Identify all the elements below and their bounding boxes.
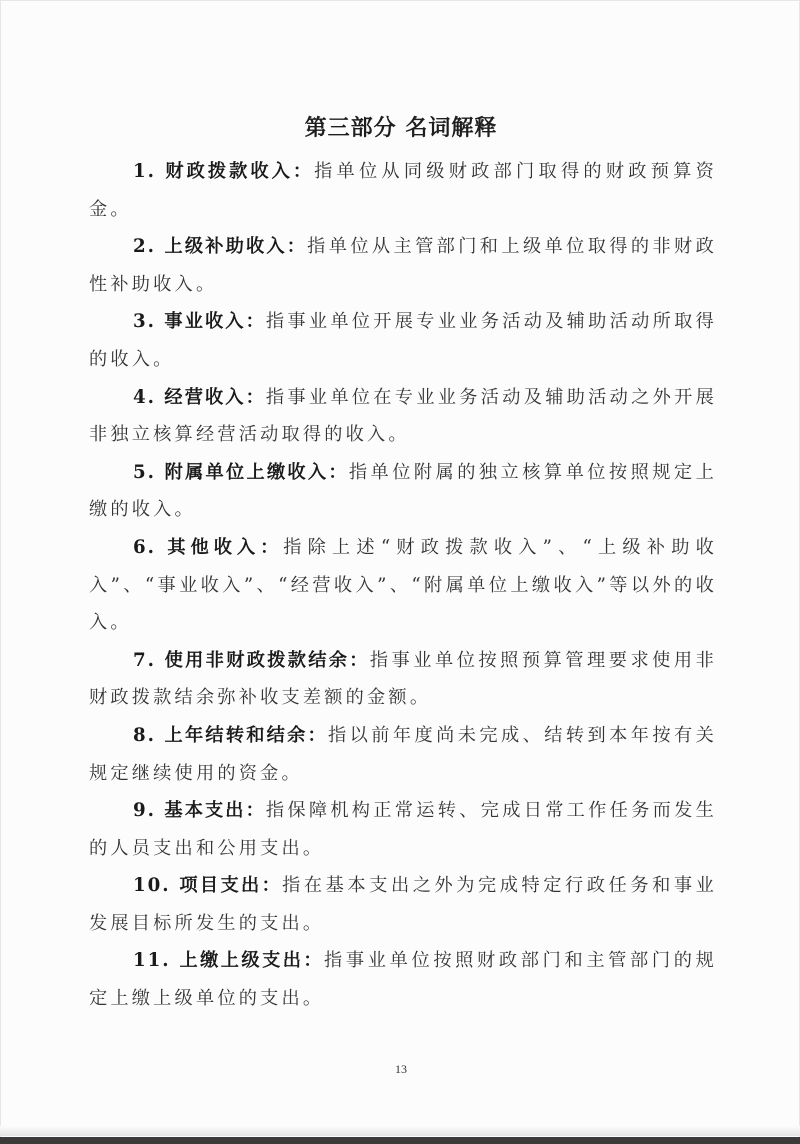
definition-term: 5. 附属单位上缴收入： — [133, 462, 349, 483]
page-number: 13 — [1, 1062, 800, 1077]
page-bottom-shadow — [0, 1126, 800, 1136]
definition-item: 6. 其他收入：指除上述“财政拨款收入”、“上级补助收入”、“事业收入”、“经营… — [89, 529, 717, 642]
definition-item: 11. 上缴上级支出：指事业单位按照财政部门和主管部门的规定上缴上级单位的支出。 — [89, 942, 717, 1017]
definition-item: 9. 基本支出：指保障机构正常运转、完成日常工作任务而发生的人员支出和公用支出。 — [89, 792, 717, 867]
definition-term: 4. 经营收入： — [133, 387, 266, 408]
document-page: 第三部分 名词解释 1. 财政拨款收入：指单位从同级财政部门取得的财政预算资金。… — [0, 0, 800, 1138]
definition-item: 8. 上年结转和结余：指以前年度尚未完成、结转到本年按有关规定继续使用的资金。 — [89, 717, 717, 792]
page-bottom-edge — [0, 1137, 800, 1144]
definition-item: 10. 项目支出：指在基本支出之外为完成特定行政任务和事业发展目标所发生的支出。 — [89, 867, 717, 942]
definition-term: 7. 使用非财政拨款结余： — [133, 650, 370, 671]
definition-item: 3. 事业收入：指事业单位开展专业业务活动及辅助活动所取得的收入。 — [89, 303, 717, 378]
definition-term: 8. 上年结转和结余： — [133, 725, 328, 746]
definition-term: 9. 基本支出： — [133, 800, 266, 821]
definition-item: 5. 附属单位上缴收入：指单位附属的独立核算单位按照规定上缴的收入。 — [89, 454, 717, 529]
definition-term: 3. 事业收入： — [133, 311, 266, 332]
section-title: 第三部分 名词解释 — [1, 111, 800, 142]
definition-item: 4. 经营收入：指事业单位在专业业务活动及辅助活动之外开展非独立核算经营活动取得… — [89, 379, 717, 454]
definition-term: 2. 上级补助收入： — [133, 236, 307, 257]
definition-item: 1. 财政拨款收入：指单位从同级财政部门取得的财政预算资金。 — [89, 153, 717, 228]
definitions-list: 1. 财政拨款收入：指单位从同级财政部门取得的财政预算资金。 2. 上级补助收入… — [89, 153, 717, 1018]
definition-term: 10. 项目支出： — [133, 875, 282, 896]
definition-term: 1. 财政拨款收入： — [133, 161, 314, 182]
definition-term: 11. 上缴上级支出： — [133, 950, 324, 971]
definition-item: 2. 上级补助收入：指单位从主管部门和上级单位取得的非财政性补助收入。 — [89, 228, 717, 303]
definition-term: 6. 其他收入： — [133, 537, 283, 558]
definition-item: 7. 使用非财政拨款结余：指事业单位按照预算管理要求使用非财政拨款结余弥补收支差… — [89, 642, 717, 717]
